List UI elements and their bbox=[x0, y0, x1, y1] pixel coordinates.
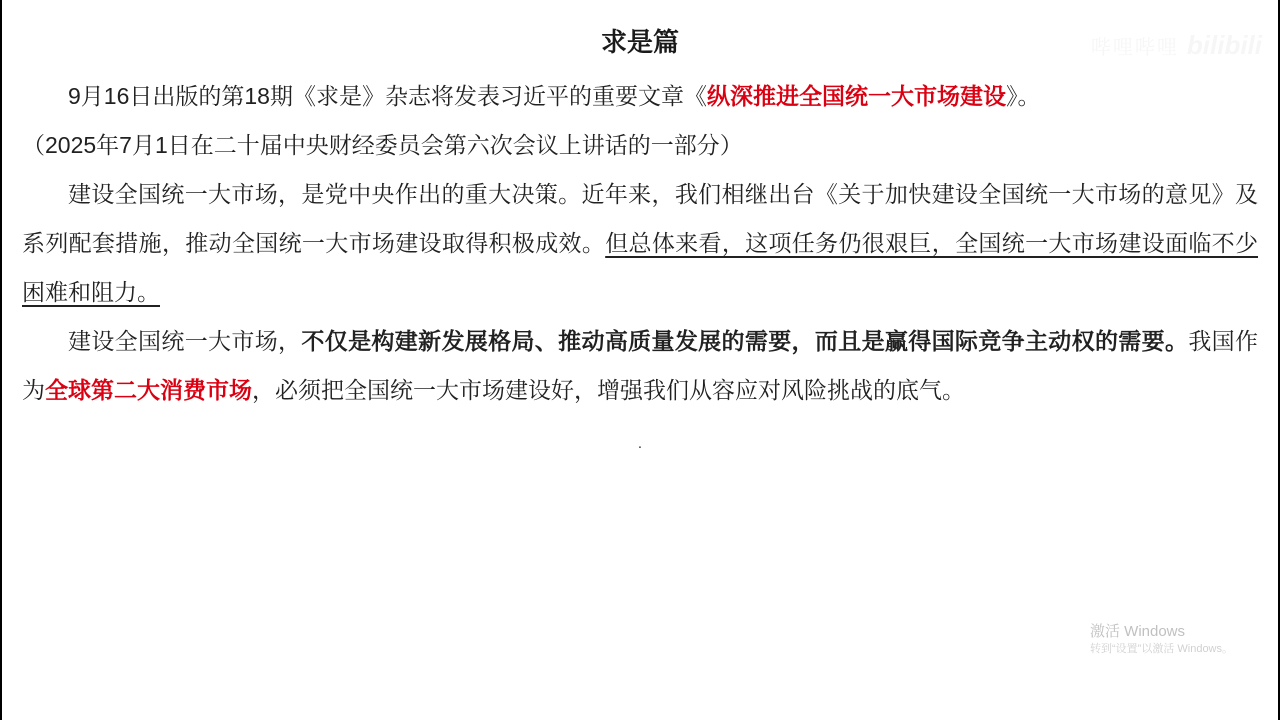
activate-windows-title: 激活 Windows bbox=[1090, 622, 1233, 642]
paragraph-source-note: （2025年7月1日在二十届中央财经委员会第六次会议上讲话的一部分） bbox=[22, 121, 1258, 170]
p1-text-pre: 9月16日出版的第18期《求是》杂志将发表习近平的重要文章《 bbox=[68, 83, 707, 109]
p4-text-bold: 不仅是构建新发展格局、推动高质量发展的需要，而且是赢得国际竞争主动权的需要。 bbox=[301, 328, 1188, 354]
stray-dot: . bbox=[22, 419, 1258, 468]
p4-text-lead: 建设全国统一大市场， bbox=[68, 328, 301, 354]
paragraph-announcement: 9月16日出版的第18期《求是》杂志将发表习近平的重要文章《纵深推进全国统一大市… bbox=[22, 72, 1258, 121]
p1-article-title-highlight: 纵深推进全国统一大市场建设 bbox=[707, 83, 1006, 109]
document-page: { "title": "求是篇", "content": { "p1": { "… bbox=[0, 0, 1280, 720]
paragraph-background: 建设全国统一大市场，是党中央作出的重大决策。近年来，我们相继出台《关于加快建设全… bbox=[22, 170, 1258, 317]
p1-text-post: 》。 bbox=[1006, 83, 1041, 109]
windows-activation-watermark: 激活 Windows 转到“设置”以激活 Windows。 bbox=[1090, 622, 1233, 657]
p2-text: （2025年7月1日在二十届中央财经委员会第六次会议上讲话的一部分） bbox=[22, 132, 743, 158]
activate-windows-subtitle: 转到“设置”以激活 Windows。 bbox=[1090, 642, 1233, 657]
document-body: 求是篇 9月16日出版的第18期《求是》杂志将发表习近平的重要文章《纵深推进全国… bbox=[2, 0, 1278, 468]
paragraph-significance: 建设全国统一大市场，不仅是构建新发展格局、推动高质量发展的需要，而且是赢得国际竞… bbox=[22, 317, 1258, 415]
p4-text-tail: ，必须把全国统一大市场建设好，增强我们从容应对风险挑战的底气。 bbox=[252, 377, 965, 403]
p4-red-highlight: 全球第二大消费市场 bbox=[45, 377, 252, 403]
page-title: 求是篇 bbox=[22, 24, 1258, 60]
